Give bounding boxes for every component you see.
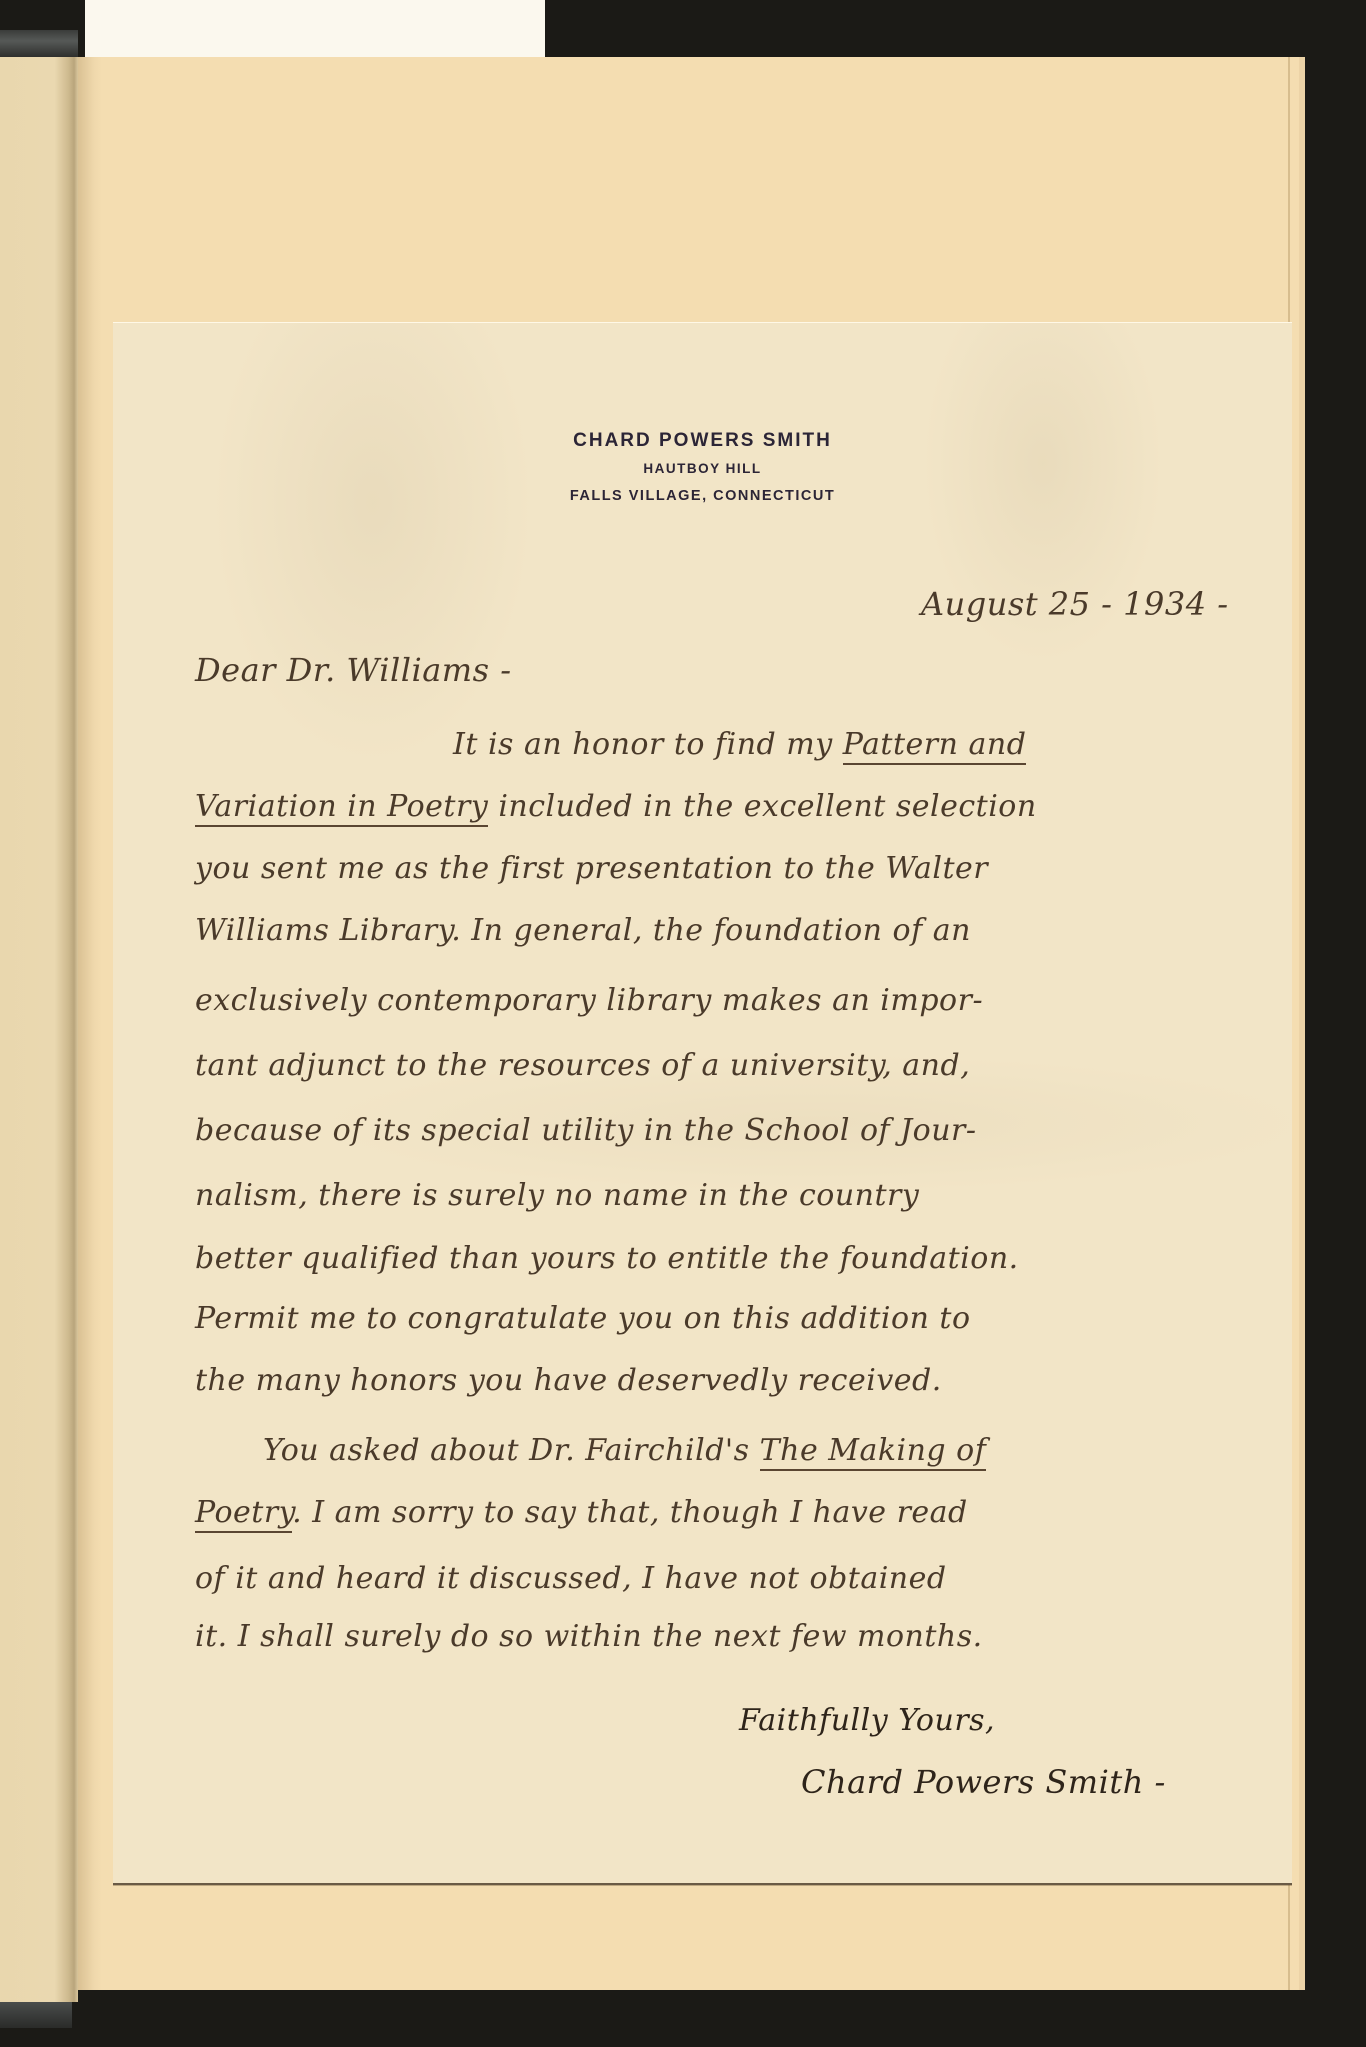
letter-date: August 25 - 1934 -: [921, 585, 1229, 623]
top-white-label: [85, 0, 545, 58]
letter-line: Variation in Poetry included in the exce…: [195, 789, 1037, 824]
letter-line: it. I shall surely do so within the next…: [195, 1619, 983, 1654]
letter-line: the many honors you have deservedly rece…: [195, 1363, 942, 1398]
letter-closing: Faithfully Yours,: [739, 1703, 995, 1738]
letter-salutation: Dear Dr. Williams -: [195, 651, 512, 689]
letter-line: you sent me as the first presentation to…: [195, 851, 988, 886]
letter-line: tant adjunct to the resources of a unive…: [195, 1048, 970, 1083]
letter-line: Williams Library. In general, the founda…: [195, 913, 971, 948]
letter-line: It is an honor to find my Pattern and: [453, 727, 1026, 762]
letter-line: Poetry. I am sorry to say that, though I…: [195, 1495, 968, 1530]
letter-line: because of its special utility in the Sc…: [195, 1113, 977, 1148]
letter-sheet: CHARD POWERS SMITH HAUTBOY HILL FALLS VI…: [113, 322, 1292, 1885]
letterhead-address-line1: HAUTBOY HILL: [113, 461, 1292, 476]
letter-line: of it and heard it discussed, I have not…: [195, 1561, 947, 1596]
book-board-edge: [0, 57, 78, 2002]
letterhead-name: CHARD POWERS SMITH: [113, 430, 1292, 452]
letter-line: You asked about Dr. Fairchild's The Maki…: [263, 1433, 986, 1468]
letter-line: Permit me to congratulate you on this ad…: [195, 1301, 971, 1336]
letter-signature: Chard Powers Smith -: [801, 1763, 1166, 1801]
book-board-cloth-top: [0, 30, 78, 57]
letterhead-address-line2: FALLS VILLAGE, CONNECTICUT: [113, 488, 1292, 504]
letter-line: nalism, there is surely no name in the c…: [195, 1178, 919, 1213]
letter-line: better qualified than yours to entitle t…: [195, 1241, 1019, 1276]
letter-line: exclusively contemporary library makes a…: [195, 983, 983, 1018]
book-board-cloth-bottom: [0, 2002, 72, 2028]
